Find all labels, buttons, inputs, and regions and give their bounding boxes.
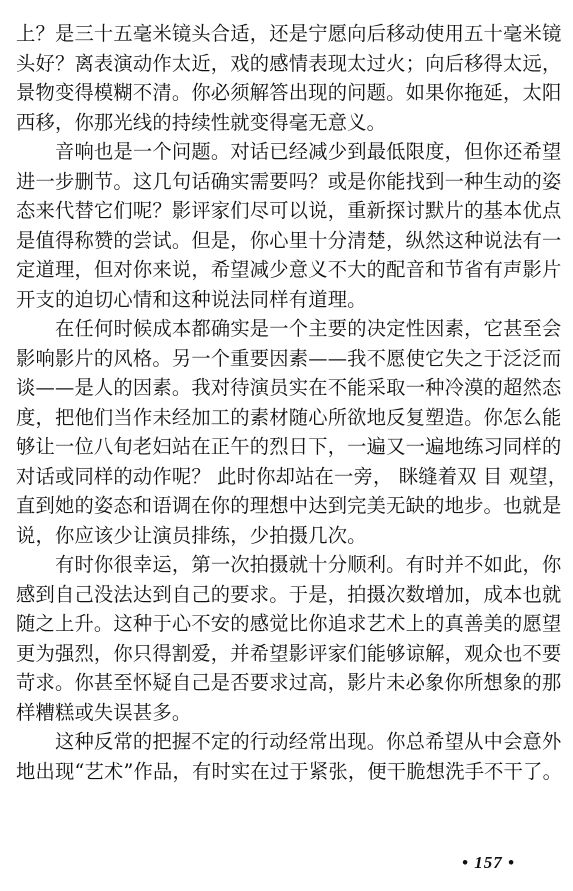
text-line: 更为强烈，你只得割爱，并希望影评家们能够谅解，观众也不要 [16, 639, 528, 669]
text-line: 上？是三十五毫米镜头合适，还是宁愿向后移动使用五十毫米镜 [16, 19, 528, 49]
text-line: 头好？离表演动作太近，戏的感情表现太过火；向后移得太远， [16, 49, 528, 79]
text-line: 是值得称赞的尝试。但是，你心里十分清楚，纵然这种说法有一 [16, 226, 528, 256]
text-line: 态来代替它们呢？影评家们尽可以说，重新探讨默片的基本优点 [16, 196, 528, 226]
text-line: 西移，你那光线的持续性就变得毫无意义。 [16, 108, 528, 138]
text-line: 谈——是人的因素。我对待演员实在不能采取一种冷漠的超然态 [16, 373, 528, 403]
text-line: 地出现“艺术”作品，有时实在过于紧张，便干脆想洗手不干了。 [16, 757, 528, 787]
book-page-text: 上？是三十五毫米镜头合适，还是宁愿向后移动使用五十毫米镜 头好？离表演动作太近，… [16, 19, 528, 786]
paragraph-start-line: 音响也是一个问题。对话已经减少到最低限度，但你还希望 [16, 137, 528, 167]
text-line: 开支的迫切心情和这种说法同样有道理。 [16, 285, 528, 315]
text-line: 随之上升。这种于心不安的感觉比你追求艺术上的真善美的愿望 [16, 609, 528, 639]
text-line: 直到她的姿态和语调在你的理想中达到完美无缺的地步。也就是 [16, 491, 528, 521]
text-line: 对话或同样的动作呢？ 此时你却站在一旁， 眯缝着双 目 观望， [16, 462, 528, 492]
paragraph-start-line: 这种反常的把握不定的行动经常出现。你总希望从中会意外 [16, 727, 528, 757]
text-line: 样糟糕或失误甚多。 [16, 698, 528, 728]
text-line: 影响影片的风格。另一个重要因素——我不愿使它失之于泛泛而 [16, 344, 528, 374]
page-number: • 157 • [462, 853, 515, 873]
text-line: 够让一位八旬老妇站在正午的烈日下，一遍又一遍地练习同样的 [16, 432, 528, 462]
text-line: 进一步删节。这几句话确实需要吗？或是你能找到一种生动的姿 [16, 167, 528, 197]
text-line: 定道理，但对你来说，希望减少意义不大的配音和节省有声影片 [16, 255, 528, 285]
text-line: 苛求。你甚至怀疑自己是否要求过高，影片未必象你所想象的那 [16, 668, 528, 698]
text-line: 说，你应该少让演员排练，少拍摄几次。 [16, 521, 528, 551]
paragraph-start-line: 有时你很幸运，第一次拍摄就十分顺利。有时并不如此，你 [16, 550, 528, 580]
paragraph-start-line: 在任何时候成本都确实是一个主要的决定性因素，它甚至会 [16, 314, 528, 344]
text-line: 感到自己没法达到自己的要求。于是，拍摄次数增加，成本也就 [16, 580, 528, 610]
text-line: 度，把他们当作未经加工的素材随心所欲地反复塑造。你怎么能 [16, 403, 528, 433]
text-line: 景物变得模糊不清。你必须解答出现的问题。如果你拖延，太阳 [16, 78, 528, 108]
